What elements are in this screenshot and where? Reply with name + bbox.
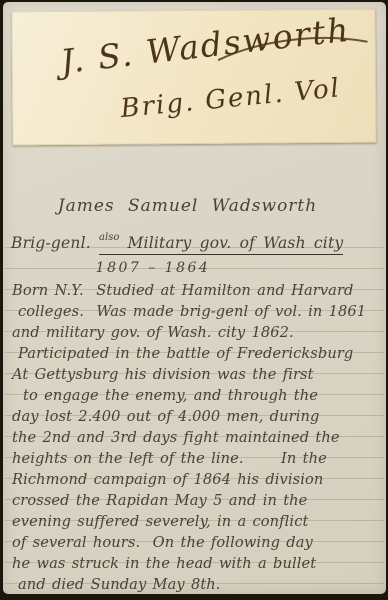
biography-line: and died Sunday May 8th. (12, 574, 384, 595)
signature-line-1: J. S. Wadsworth (58, 10, 352, 81)
biography-line: heights on the left of the line. In the (12, 448, 384, 469)
title-insert-above-line: also (99, 232, 119, 243)
biography-line: the 2nd and 3rd days fight maintained th… (12, 427, 384, 448)
biography-text: Born N.Y. Studied at Hamilton and Harvar… (12, 280, 384, 595)
title-prefix: Brig-genl. (11, 234, 91, 252)
biography-line: evening suffered severely, in a conflict (12, 511, 384, 532)
title-underlined: also Military gov. of Wash city (99, 234, 343, 255)
biography-line: Richmond campaign of 1864 his division (12, 469, 384, 490)
biography-line: of several hours. On the following day (12, 532, 384, 553)
biography-line: to engage the enemy, and through the (12, 385, 384, 406)
biography-line: Born N.Y. Studied at Hamilton and Harvar… (12, 280, 384, 301)
biography-line: colleges. Was made brig-genl of vol. in … (12, 301, 384, 322)
life-dates: 1807 – 1864 (63, 260, 243, 276)
title-rest: Military gov. of Wash city (127, 234, 343, 252)
signature-slip: J. S. Wadsworth Brig. Genl. Vol (11, 9, 376, 146)
biography-line: he was struck in the head with a bullet (12, 553, 384, 574)
subject-name: James Samuel Wadsworth (3, 196, 372, 216)
biography-line: At Gettysburg his division was the first (12, 364, 384, 385)
biography-line: crossed the Rapidan May 5 and in the (12, 490, 384, 511)
album-page: J. S. Wadsworth Brig. Genl. Vol James Sa… (3, 2, 386, 594)
subject-title: Brig-genl. also Military gov. of Wash ci… (11, 232, 343, 252)
biography-line: and military gov. of Wash. city 1862. (12, 322, 384, 343)
biography-line: day lost 2.400 out of 4.000 men, during (12, 406, 384, 427)
signature-line-2: Brig. Genl. Vol (119, 73, 342, 124)
biography-line: Participated in the battle of Fredericks… (12, 343, 384, 364)
photo-frame: J. S. Wadsworth Brig. Genl. Vol James Sa… (0, 0, 388, 600)
